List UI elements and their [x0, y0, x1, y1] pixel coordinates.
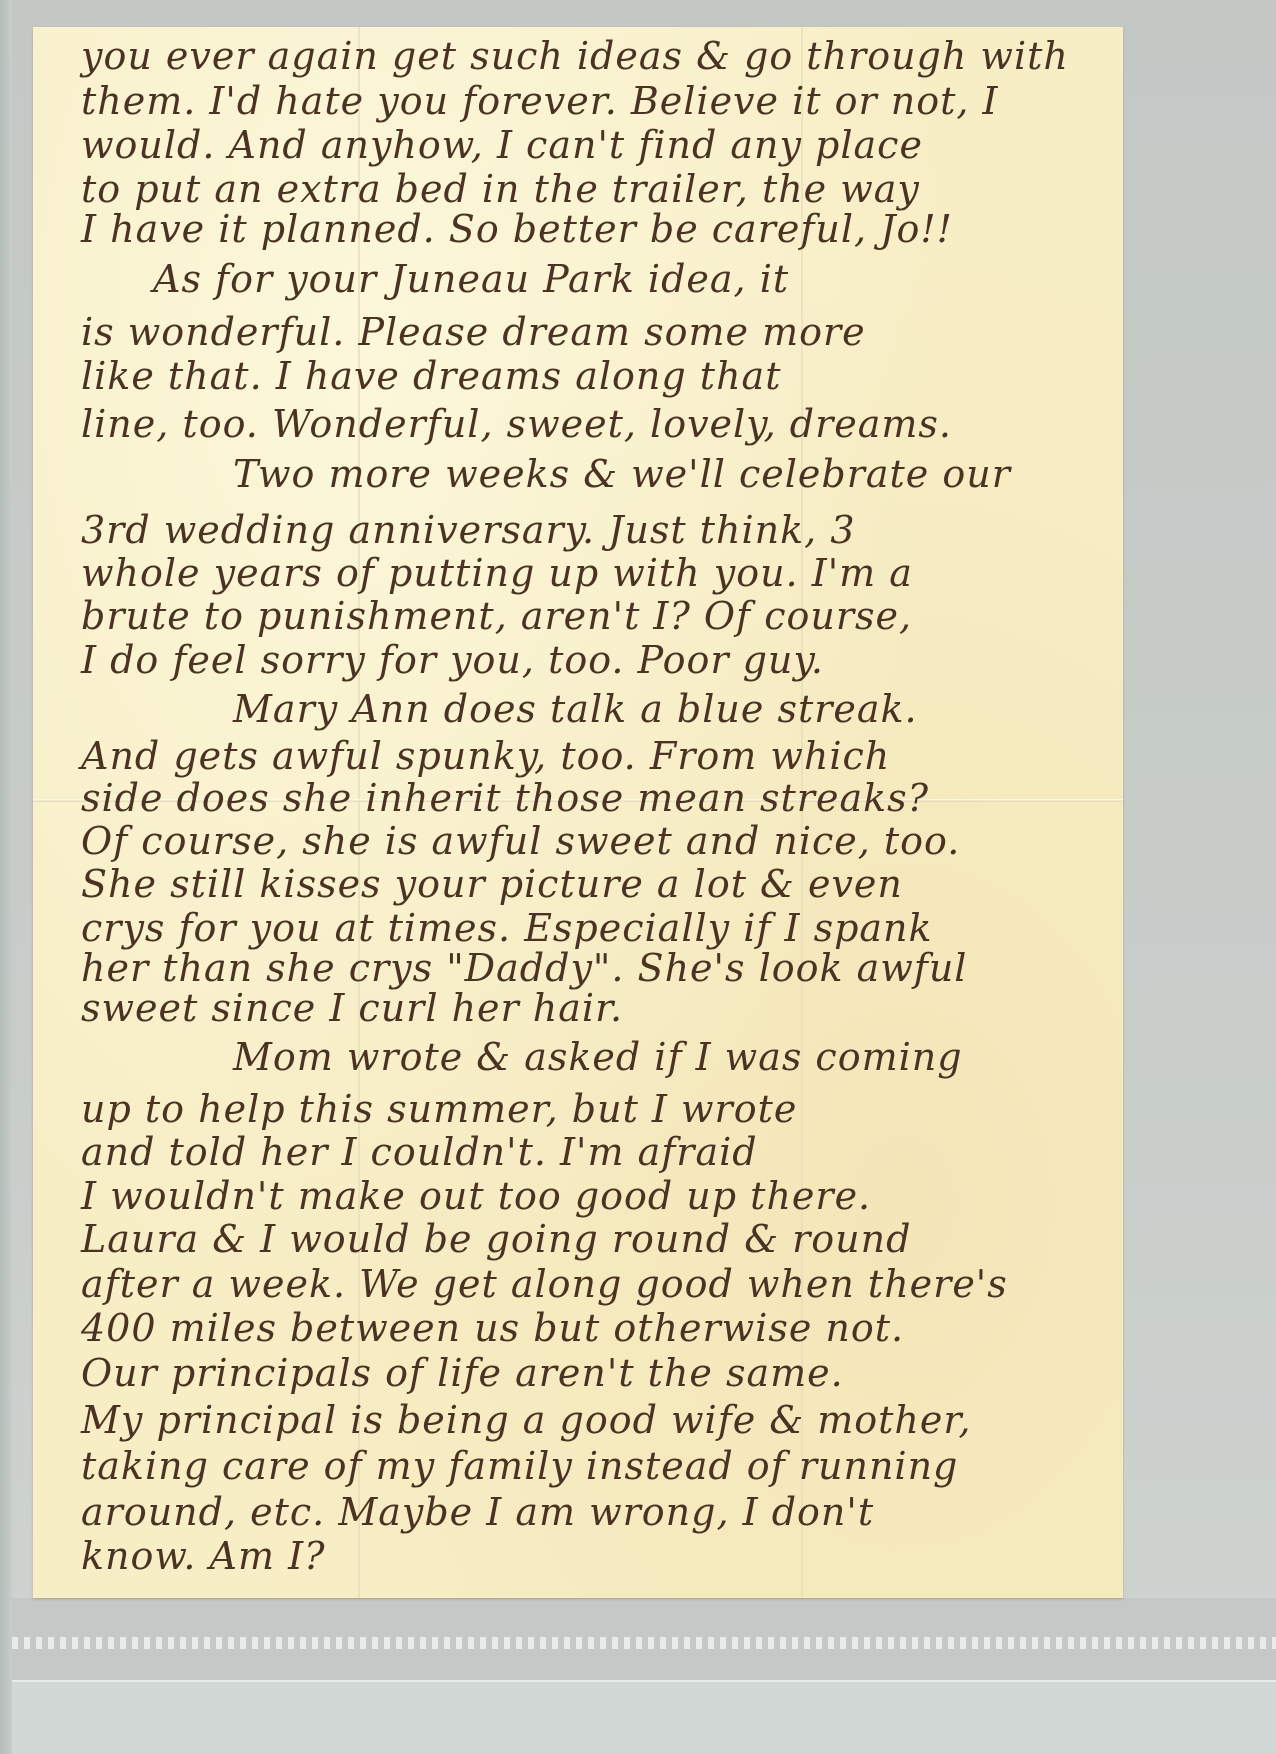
handwritten-line: Mary Ann does talk a blue streak. — [233, 690, 918, 728]
handwritten-line: Our principals of life aren't the same. — [81, 1354, 844, 1392]
handwritten-line: would. And anyhow, I can't find any plac… — [81, 126, 923, 164]
handwritten-line: Two more weeks & we'll celebrate our — [233, 455, 1011, 493]
handwritten-line: side does she inherit those mean streaks… — [81, 779, 929, 817]
handwritten-line: Of course, she is awful sweet and nice, … — [81, 822, 960, 860]
handwritten-line: and told her I couldn't. I'm afraid — [81, 1133, 758, 1171]
handwritten-line: after a week. We get along good when the… — [81, 1265, 1008, 1303]
sleeve-left-edge — [0, 0, 12, 1754]
handwritten-line: I wouldn't make out too good up there. — [81, 1177, 871, 1215]
scanner-bed-bottom — [12, 1682, 1276, 1754]
letter-page: you ever again get such ideas & go throu… — [33, 27, 1123, 1598]
handwritten-line: taking care of my family instead of runn… — [81, 1447, 958, 1485]
handwritten-line: 400 miles between us but otherwise not. — [81, 1309, 904, 1347]
handwritten-line: As for your Juneau Park idea, it — [153, 260, 789, 298]
handwritten-line: them. I'd hate you forever. Believe it o… — [81, 82, 999, 120]
handwritten-line: like that. I have dreams along that — [81, 357, 781, 395]
handwritten-line: whole years of putting up with you. I'm … — [81, 554, 913, 592]
handwritten-line: you ever again get such ideas & go throu… — [81, 37, 1069, 75]
handwritten-line: line, too. Wonderful, sweet, lovely, dre… — [81, 405, 952, 443]
handwritten-line: crys for you at times. Especially if I s… — [81, 909, 933, 947]
handwritten-line: She still kisses your picture a lot & ev… — [81, 865, 903, 903]
sleeve-perforation — [12, 1637, 1276, 1649]
handwritten-line: I do feel sorry for you, too. Poor guy. — [81, 641, 824, 679]
handwritten-line: 3rd wedding anniversary. Just think, 3 — [81, 511, 856, 549]
handwritten-line: her than she crys "Daddy". She's look aw… — [81, 949, 967, 987]
handwritten-line: to put an extra bed in the trailer, the … — [81, 170, 920, 208]
handwritten-line: And gets awful spunky, too. From which — [81, 737, 890, 775]
handwritten-line: brute to punishment, aren't I? Of course… — [81, 597, 912, 635]
handwritten-line: know. Am I? — [81, 1537, 326, 1575]
handwritten-line: I have it planned. So better be careful,… — [81, 210, 953, 248]
handwritten-line: is wonderful. Please dream some more — [81, 313, 866, 351]
handwritten-line: up to help this summer, but I wrote — [81, 1090, 797, 1128]
handwritten-line: My principal is being a good wife & moth… — [81, 1401, 971, 1439]
handwritten-line: Laura & I would be going round & round — [81, 1220, 911, 1258]
handwritten-line: sweet since I curl her hair. — [81, 989, 623, 1027]
handwritten-line: around, etc. Maybe I am wrong, I don't — [81, 1493, 874, 1531]
handwritten-line: Mom wrote & asked if I was coming — [233, 1038, 963, 1076]
